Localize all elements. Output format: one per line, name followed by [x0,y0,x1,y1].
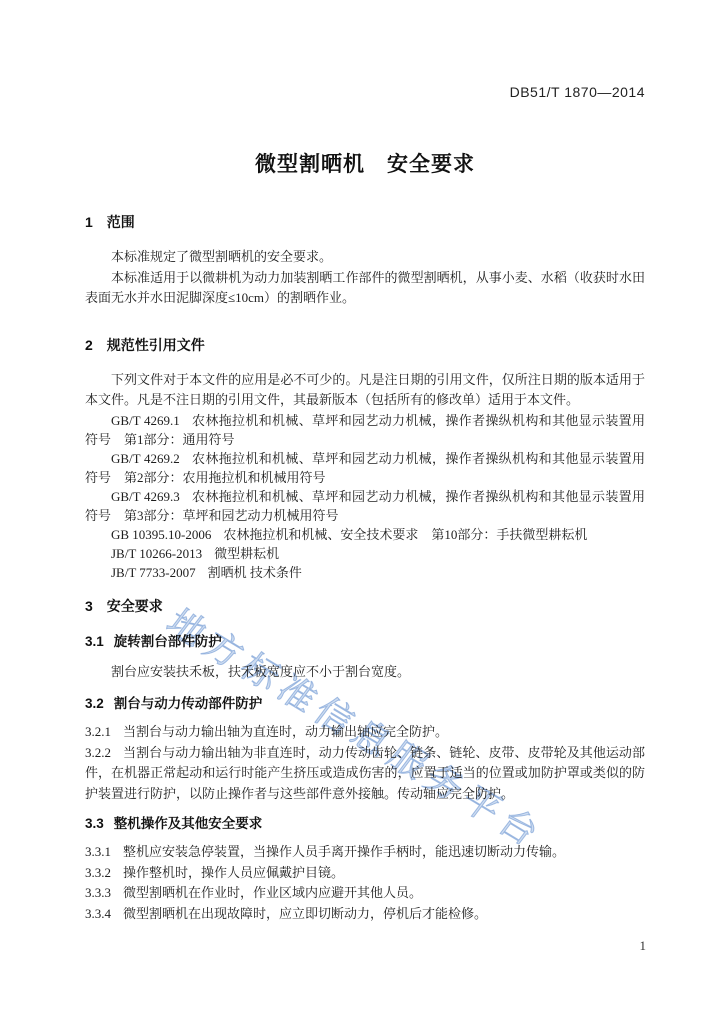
section-references-title: 规范性引用文件 [107,337,205,353]
clause-number: 3.3.3 [85,885,111,900]
clause-3-3-1: 3.3.1整机应安装急停装置，当操作人员手离开操作手柄时，能迅速切断动力传输。 [85,842,645,863]
section-safety-heading: 3安全要求 [85,596,645,616]
reference-item: JB/T 7733-2007割晒机 技术条件 [85,563,645,582]
clause-3-2-2: 3.2.2当割台与动力输出轴为非直连时，动力传动齿轮、链条、链轮、皮带、皮带轮及… [85,743,645,805]
document-title: 微型割晒机 安全要求 [85,150,645,180]
reference-code: GB/T 4269.1 [111,413,180,428]
clause-number: 3.3.1 [85,844,111,859]
section-scope-heading: 1范围 [85,212,645,232]
clause-3-3-4: 3.3.4微型割晒机在出现故障时，应立即切断动力，停机后才能检修。 [85,904,645,925]
reference-code: GB/T 4269.2 [111,451,180,466]
reference-title: 农林拖拉机和机械、安全技术要求 第10部分：手扶微型耕耘机 [223,527,587,542]
clause-text: 整机应安装急停装置，当操作人员手离开操作手柄时，能迅速切断动力传输。 [123,844,565,859]
section-scope-number: 1 [85,214,93,230]
reference-title: 割晒机 技术条件 [208,565,302,580]
section-references-heading: 2规范性引用文件 [85,335,645,355]
section-scope-title: 范围 [107,214,135,230]
reference-item: GB/T 4269.1农林拖拉机和机械、草坪和园艺动力机械，操作者操纵机构和其他… [85,411,645,449]
reference-item: GB/T 4269.3农林拖拉机和机械、草坪和园艺动力机械，操作者操纵机构和其他… [85,487,645,525]
subsection-3-3-number: 3.3 [85,816,104,831]
clause-number: 3.2.2 [85,745,111,760]
section-references-number: 2 [85,337,93,353]
reference-item: GB 10395.10-2006农林拖拉机和机械、安全技术要求 第10部分：手扶… [85,525,645,544]
subsection-3-1-heading: 3.1旋转割台部件防护 [85,632,645,652]
reference-code: GB/T 4269.3 [111,489,180,504]
subsection-3-1-paragraph: 割台应安装扶禾板，扶禾板宽度应不小于割台宽度。 [85,662,645,683]
scope-paragraph-2: 本标准适用于以微耕机为动力加装割晒工作部件的微型割晒机，从事小麦、水稻（收获时水… [85,268,645,309]
section-safety-number: 3 [85,598,93,614]
clause-number: 3.3.4 [85,906,111,921]
subsection-3-2-title: 割台与动力传动部件防护 [114,696,263,711]
reference-code: JB/T 10266-2013 [111,546,202,561]
page-content: DB51/T 1870—2014 微型割晒机 安全要求 1范围 本标准规定了微型… [0,0,724,924]
reference-item: JB/T 10266-2013微型耕耘机 [85,544,645,563]
clause-number: 3.2.1 [85,724,111,739]
clause-text: 操作整机时，操作人员应佩戴护目镜。 [123,865,344,880]
clause-text: 当割台与动力输出轴为非直连时，动力传动齿轮、链条、链轮、皮带、皮带轮及其他运动部… [85,745,645,801]
clause-text: 微型割晒机在出现故障时，应立即切断动力，停机后才能检修。 [123,906,487,921]
scope-paragraph-1: 本标准规定了微型割晒机的安全要求。 [85,247,645,268]
reference-code: GB 10395.10-2006 [111,527,211,542]
reference-item: GB/T 4269.2农林拖拉机和机械、草坪和园艺动力机械，操作者操纵机构和其他… [85,449,645,487]
page-header: DB51/T 1870—2014 [85,0,645,100]
references-intro: 下列文件对于本文件的应用是必不可少的。凡是注日期的引用文件，仅所注日期的版本适用… [85,370,645,411]
subsection-3-1-title: 旋转割台部件防护 [114,634,222,649]
section-safety-title: 安全要求 [107,598,163,614]
document-page: 地方标准信息服务平台 DB51/T 1870—2014 微型割晒机 安全要求 1… [0,0,724,1024]
standard-code: DB51/T 1870—2014 [510,84,645,100]
subsection-3-2-heading: 3.2割台与动力传动部件防护 [85,694,645,714]
clause-3-3-3: 3.3.3微型割晒机在作业时，作业区域内应避开其他人员。 [85,883,645,904]
clause-3-3-2: 3.3.2操作整机时，操作人员应佩戴护目镜。 [85,863,645,884]
page-number: 1 [640,938,647,954]
clause-text: 微型割晒机在作业时，作业区域内应避开其他人员。 [123,885,422,900]
clause-3-2-1: 3.2.1当割台与动力输出轴为直连时，动力输出轴应完全防护。 [85,722,645,743]
reference-code: JB/T 7733-2007 [111,565,196,580]
subsection-3-3-heading: 3.3整机操作及其他安全要求 [85,814,645,834]
subsection-3-1-number: 3.1 [85,634,104,649]
clause-text: 当割台与动力输出轴为直连时，动力输出轴应完全防护。 [123,724,448,739]
subsection-3-2-number: 3.2 [85,696,104,711]
clause-number: 3.3.2 [85,865,111,880]
reference-title: 微型耕耘机 [214,546,279,561]
subsection-3-3-title: 整机操作及其他安全要求 [114,816,263,831]
